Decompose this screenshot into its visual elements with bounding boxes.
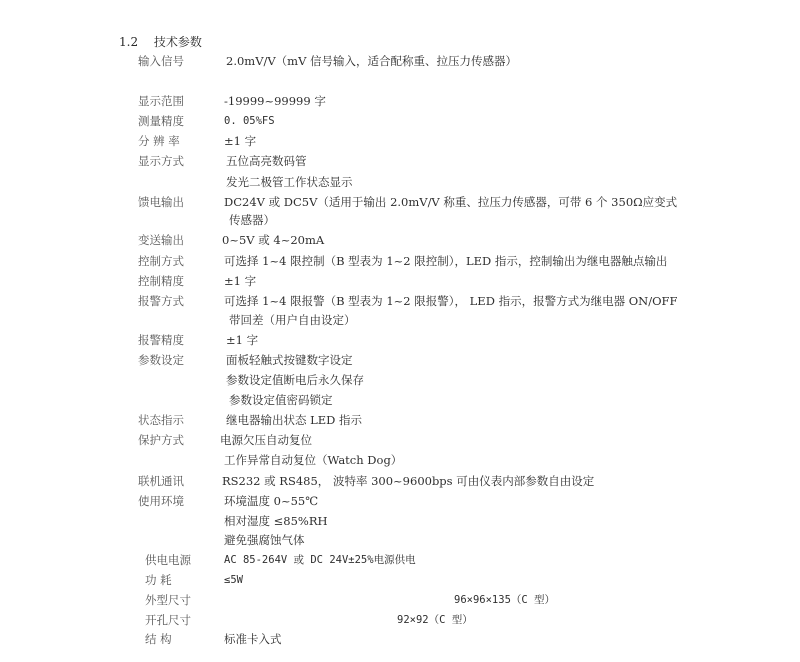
spec-label: 保护方式: [138, 433, 184, 447]
spec-value: -19999~99999 字: [224, 94, 326, 108]
spec-value: ±1 字: [226, 333, 258, 347]
spec-value: 0~5V 或 4~20mA: [222, 233, 324, 247]
section-number: 1.2: [119, 35, 138, 49]
spec-label: 外型尺寸: [145, 593, 191, 607]
spec-value: 继电器输出状态 LED 指示: [226, 413, 362, 427]
spec-value: 发光二极管工作状态显示: [226, 175, 353, 189]
document-page: 1.2 技术参数 输入信号 2.0mV/V（mV 信号输入，适合配称重、拉压力传…: [0, 0, 800, 662]
spec-label: 控制方式: [138, 254, 184, 268]
spec-value: 可选择 1~4 限控制（B 型表为 1~2 限控制），LED 指示，控制输出为继…: [224, 254, 667, 268]
spec-value: 标准卡入式: [224, 632, 282, 646]
spec-value: RS232 或 RS485， 波特率 300~9600bps 可由仪表内部参数自…: [222, 474, 594, 488]
spec-value: ≤5W: [224, 573, 243, 587]
spec-value: 0. 05%FS: [224, 114, 275, 128]
spec-value: 2.0mV/V（mV 信号输入，适合配称重、拉压力传感器）: [226, 54, 517, 68]
spec-label: 结 构: [145, 632, 172, 646]
spec-value: DC24V 或 DC5V（适用于输出 2.0mV/V 称重、拉压力传感器，可带 …: [224, 195, 677, 209]
spec-label: 参数设定: [138, 353, 184, 367]
spec-label: 供电电源: [145, 553, 191, 567]
spec-label: 开孔尺寸: [145, 613, 191, 627]
spec-value: ±1 字: [224, 134, 256, 148]
spec-value: 环境温度 0~55℃: [224, 494, 318, 508]
spec-value: 避免强腐蚀气体: [224, 533, 305, 547]
section-title: 技术参数: [154, 35, 202, 49]
spec-value: 参数设定值密码锁定: [229, 393, 333, 407]
spec-label: 显示范围: [138, 94, 184, 108]
spec-value: AC 85-264V 或 DC 24V±25%电源供电: [224, 553, 416, 567]
spec-value: 工作异常自动复位（Watch Dog）: [224, 453, 402, 467]
spec-label: 馈电输出: [138, 195, 184, 209]
spec-label: 联机通讯: [138, 474, 184, 488]
spec-value: 可选择 1~4 限报警（B 型表为 1~2 限报警）， LED 指示，报警方式为…: [224, 294, 677, 308]
spec-label: 分 辨 率: [138, 134, 180, 148]
section-heading: 1.2 技术参数: [119, 33, 202, 50]
spec-value: 传感器）: [229, 213, 275, 227]
spec-label: 状态指示: [138, 413, 184, 427]
spec-value: 带回差（用户自由设定）: [229, 313, 356, 327]
spec-value: 五位高亮数码管: [226, 154, 307, 168]
spec-value: 92×92（C 型）: [397, 613, 473, 627]
spec-label: 使用环境: [138, 494, 184, 508]
spec-value: 面板轻触式按键数字设定: [226, 353, 353, 367]
spec-value: ±1 字: [224, 274, 256, 288]
spec-label: 测量精度: [138, 114, 184, 128]
spec-label: 报警精度: [138, 333, 184, 347]
spec-value: 96×96×135（C 型）: [454, 593, 555, 607]
spec-label: 变送输出: [138, 233, 184, 247]
spec-label: 报警方式: [138, 294, 184, 308]
spec-value: 相对湿度 ≤85%RH: [224, 514, 328, 528]
spec-label: 控制精度: [138, 274, 184, 288]
spec-value: 电源欠压自动复位: [220, 433, 312, 447]
spec-value: 参数设定值断电后永久保存: [226, 373, 364, 387]
spec-label: 输入信号: [138, 54, 184, 68]
spec-label: 功 耗: [145, 573, 172, 587]
spec-label: 显示方式: [138, 154, 184, 168]
